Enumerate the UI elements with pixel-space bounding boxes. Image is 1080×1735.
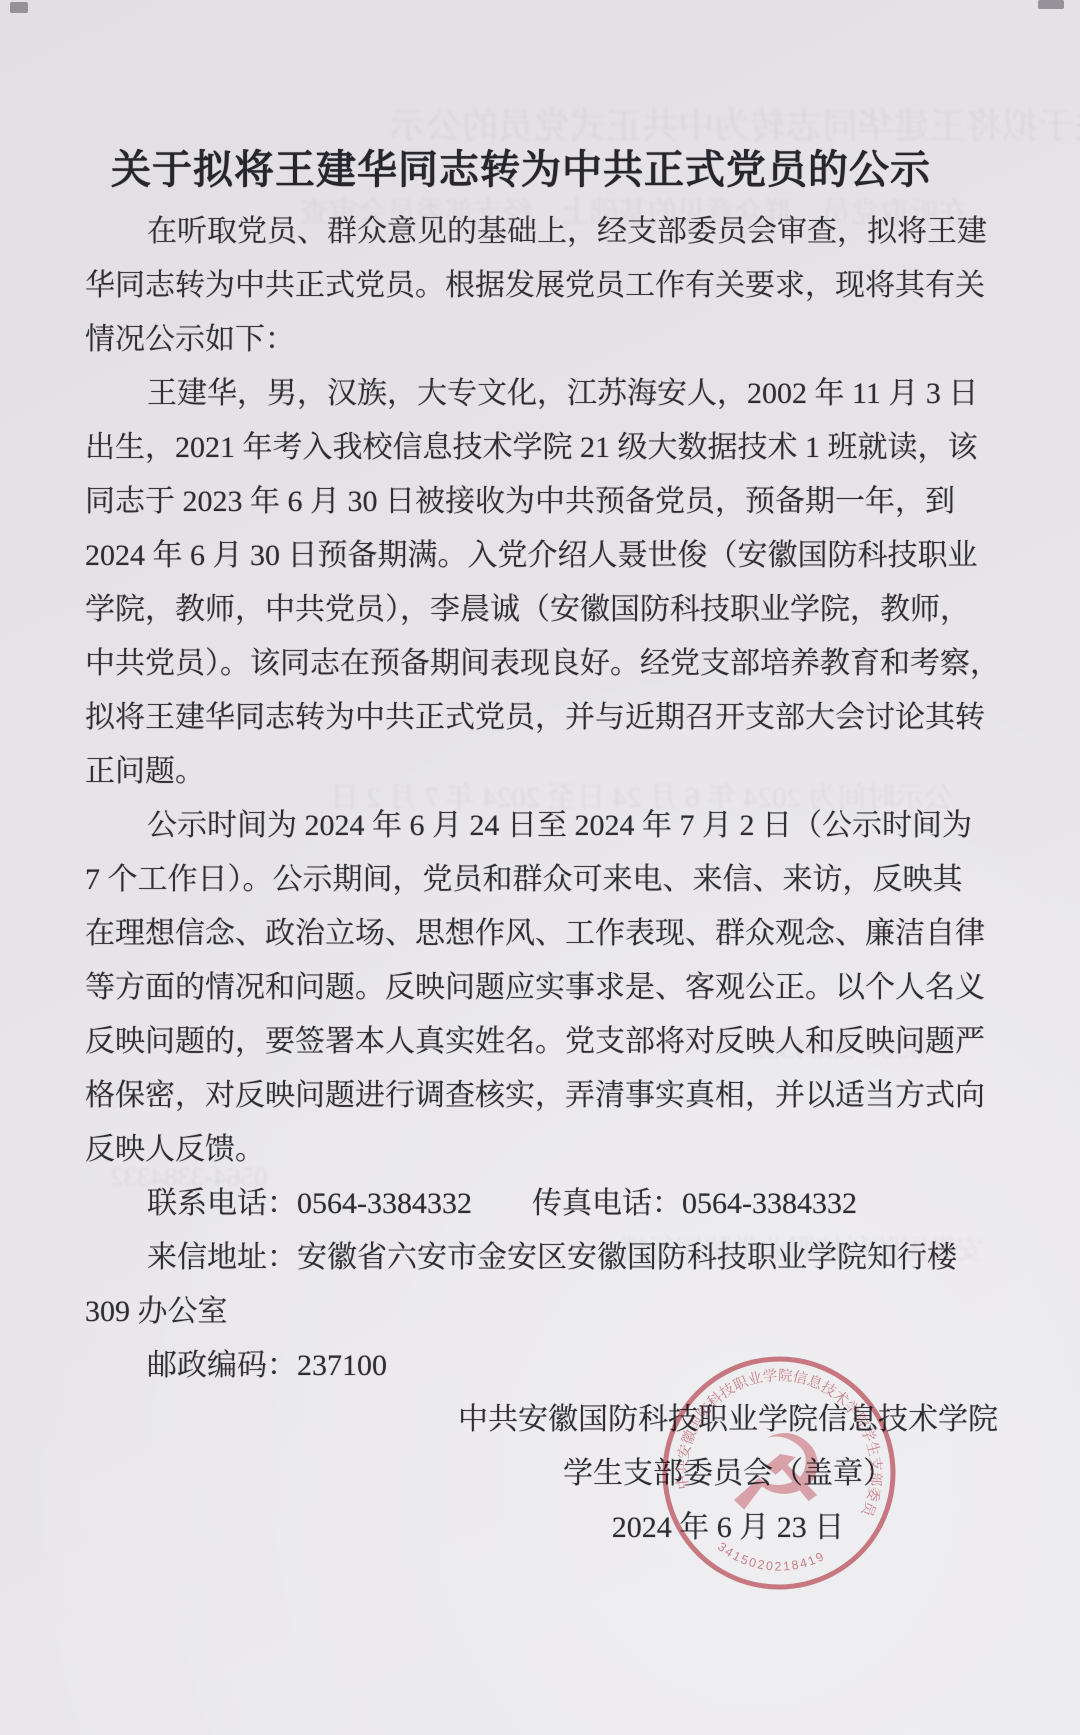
ghost-bleedthrough-line: 关于拟将王建华同志转为中共正式党员的公示 (390, 98, 1080, 149)
document-line: 7 个工作日）。公示期间，党员和群众可来电、来信、来访，反映其 (85, 853, 985, 907)
document-line: 2024 年 6 月 30 日预备期满。入党介绍人聂世俊（安徽国防科技职业 (85, 529, 985, 583)
photo-artifact (10, 2, 28, 13)
document-line: 中共党员）。该同志在预备期间表现良好。经党支部培养教育和考察， (85, 637, 985, 691)
document-line: 309 办公室 (85, 1285, 985, 1339)
document-line: 同志于 2023 年 6 月 30 日被接收为中共预备党员，预备期一年，到 (85, 475, 985, 529)
page-title: 关于拟将王建华同志转为中共正式党员的公示 (85, 144, 957, 196)
document-line: 出生，2021 年考入我校信息技术学院 21 级大数据技术 1 班就读，该 (85, 421, 985, 475)
document-line: 正问题。 (85, 745, 985, 799)
document-line: 王建华，男，汉族，大专文化，江苏海安人，2002 年 11 月 3 日 (85, 367, 1047, 421)
document-line: 情况公示如下： (85, 313, 985, 367)
hammer-sickle-icon: ☭ (720, 1405, 838, 1548)
document-line: 联系电话：0564-3384332 传真电话：0564-3384332 (85, 1177, 1047, 1231)
document-line: 在听取党员、群众意见的基础上，经支部委员会审查，拟将王建 (85, 205, 1047, 259)
document-line: 拟将王建华同志转为中共正式党员，并与近期召开支部大会讨论其转 (85, 691, 985, 745)
document-line: 反映问题的，要签署本人真实姓名。党支部将对反映人和反映问题严 (85, 1015, 985, 1069)
scanned-notice-page: 关于拟将王建华同志转为中共正式党员的公示在听取党员、群众意见的基础上，经支部委员… (0, 0, 1080, 1735)
document-line: 学院，教师，中共党员），李晨诚（安徽国防科技职业学院，教师， (85, 583, 985, 637)
document-line: 在理想信念、政治立场、思想作风、工作表现、群众观念、廉洁自律 (85, 907, 985, 961)
document-line: 等方面的情况和问题。反映问题应实事求是、客观公正。以个人名义 (85, 961, 985, 1015)
official-seal: 中共安徽国防科技职业学院信息技术学院学生支部委员会 ☭ 341502021841… (632, 1326, 926, 1620)
document-line: 格保密，对反映问题进行调查核实，弄清事实真相，并以适当方式向 (85, 1069, 985, 1123)
document-line: 反映人反馈。 (85, 1123, 985, 1177)
document-line: 来信地址：安徽省六安市金安区安徽国防科技职业学院知行楼 (85, 1231, 1047, 1285)
photo-artifact (1038, 0, 1064, 9)
document-line: 华同志转为中共正式党员。根据发展党员工作有关要求，现将其有关 (85, 259, 985, 313)
document-line: 公示时间为 2024 年 6 月 24 日至 2024 年 7 月 2 日（公示… (85, 799, 1047, 853)
